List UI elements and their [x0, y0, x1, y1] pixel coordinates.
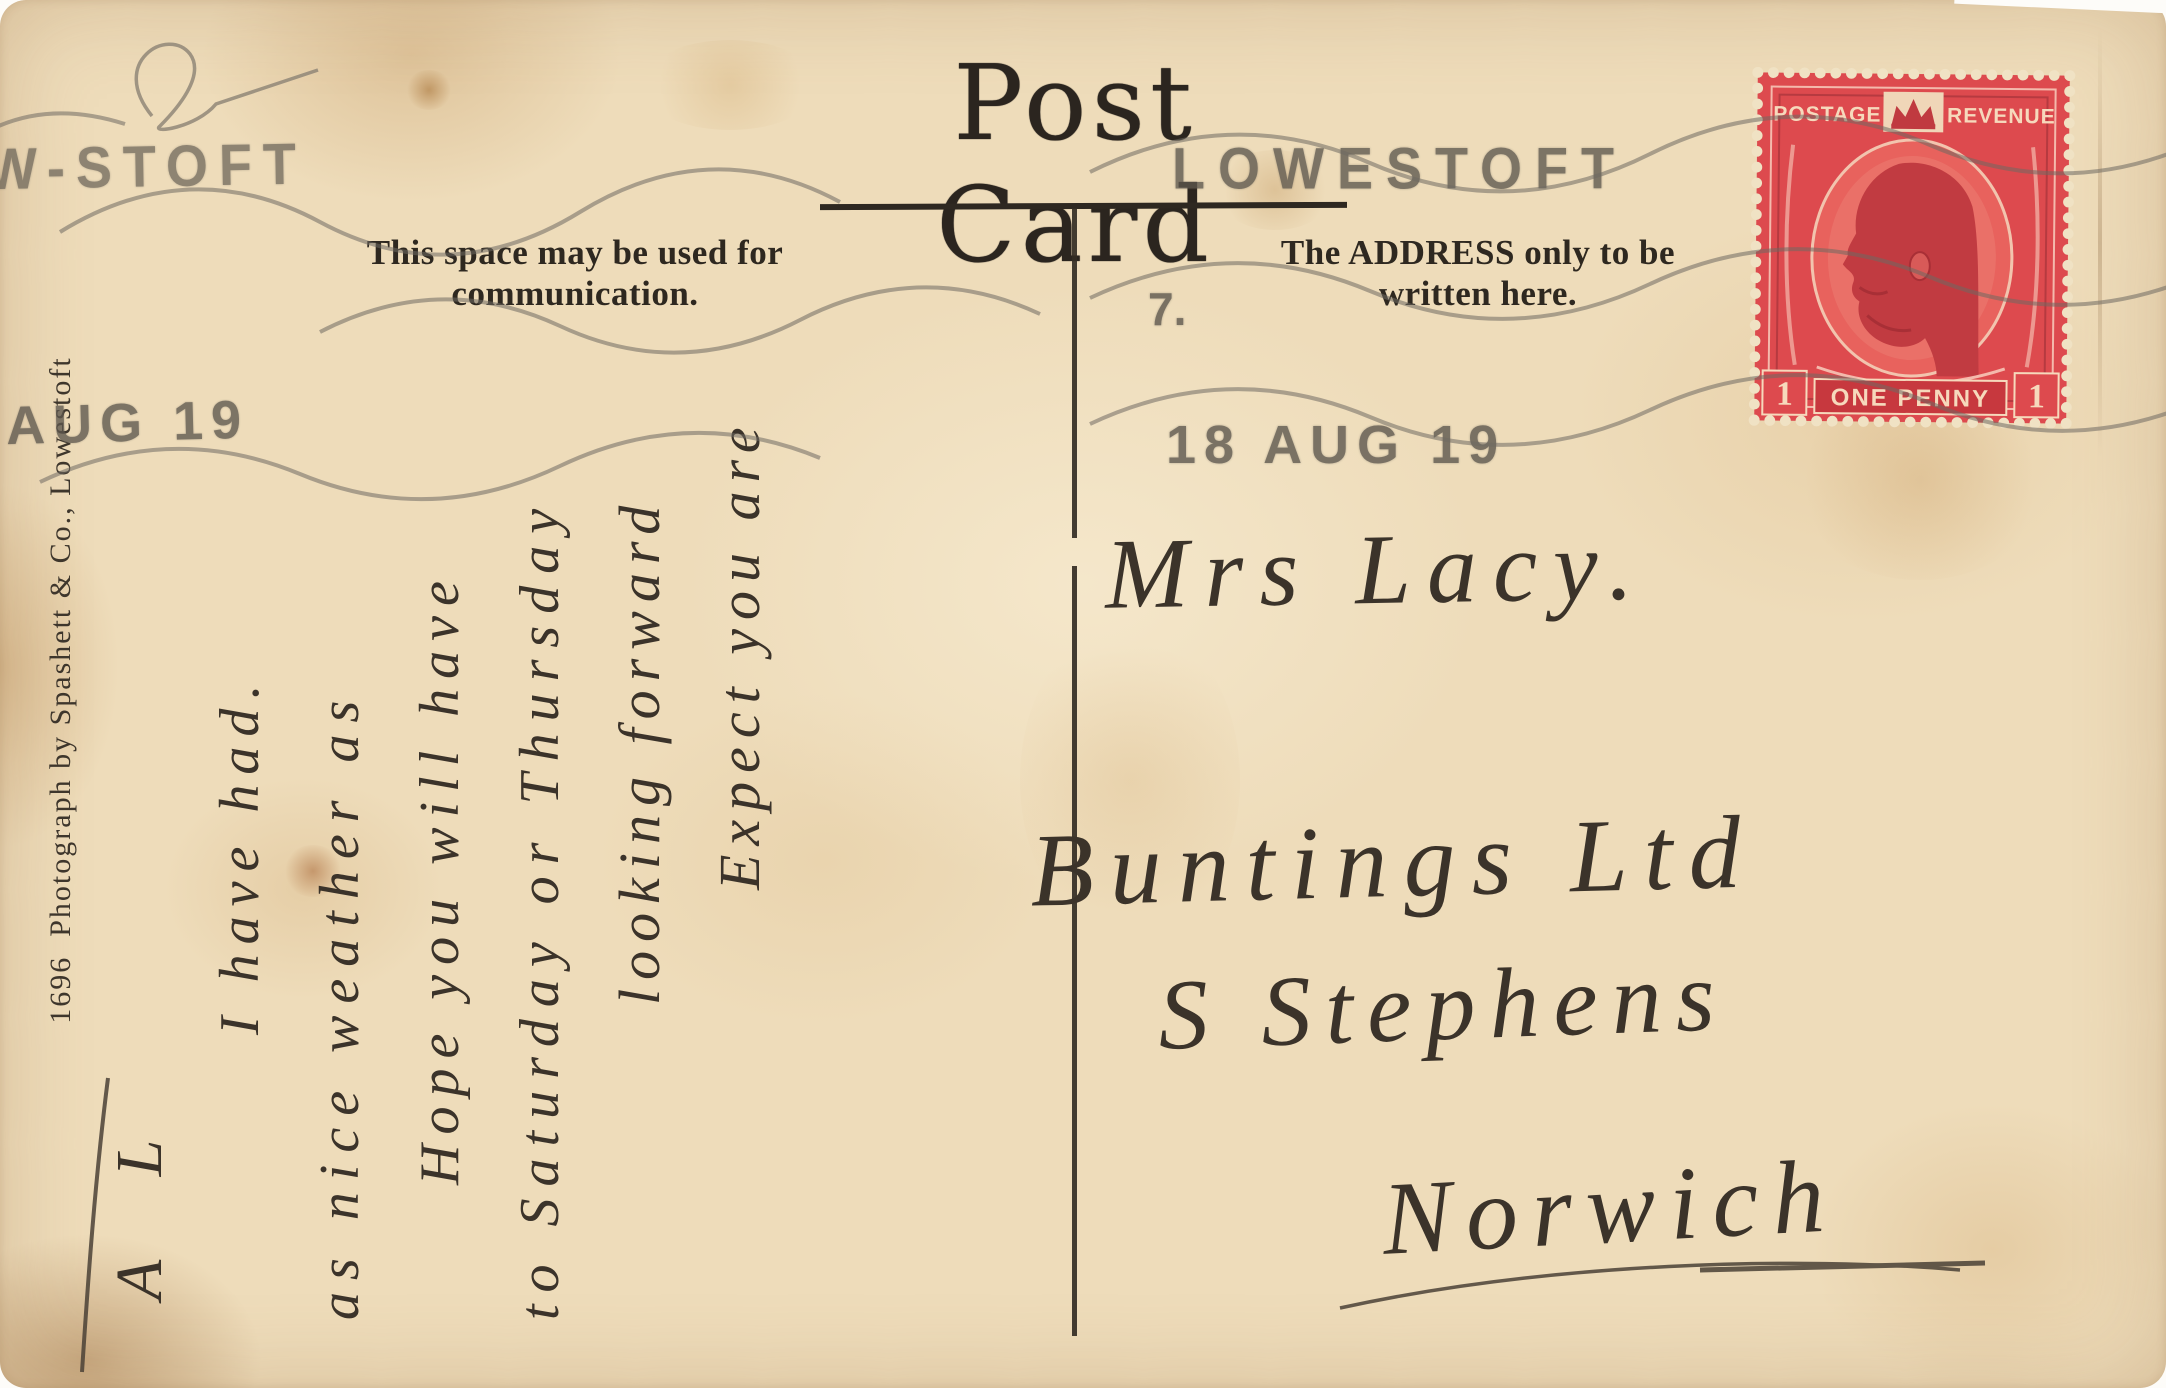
- postmark-time-mark: 7.: [1148, 282, 1186, 336]
- norwich-underline-flourish-2: [1700, 1263, 1985, 1270]
- address-line-name: Mrs Lacy.: [1104, 507, 1650, 631]
- pencil-note-squiggle: [136, 44, 318, 129]
- address-header-line2: written here.: [1178, 273, 1778, 314]
- handwritten-message: Expect you are looking forward to Saturd…: [90, 240, 790, 1360]
- stamp-revenue-label: REVENUE: [1947, 104, 2056, 128]
- publisher-imprint: 1696 Photograph by Spashett & Co., Lowes…: [44, 255, 80, 1125]
- stamp-numeral-right: 1: [2028, 378, 2045, 415]
- message-line: looking forward: [590, 240, 690, 1360]
- address-line-company: Buntings Ltd: [1029, 793, 1758, 931]
- message-line: I have had.: [190, 240, 290, 1360]
- postmark-town-cancel: LOWESTOFT: [1172, 136, 1627, 203]
- stamp-numeral-left: 1: [1776, 376, 1793, 413]
- address-line-street: S Stephens: [1156, 938, 1730, 1073]
- address-header: The ADDRESS only to be written here.: [1178, 232, 1778, 314]
- postcard-scan: Post Card This space may be used for com…: [0, 0, 2166, 1388]
- message-line: Hope you will have: [390, 240, 490, 1360]
- center-divider-upper: [1072, 208, 1077, 538]
- stain-spot: [405, 70, 453, 110]
- crown-base: [1891, 124, 1935, 129]
- king-ear: [1910, 252, 1930, 280]
- postmark-partial-town-cancel: W-STOFT: [0, 131, 307, 204]
- message-line: as nice weather as: [290, 240, 390, 1360]
- stamp-graphic: POSTAGE REVENUE ONE PENNY 1 1: [1746, 64, 2078, 431]
- address-header-line1: The ADDRESS only to be: [1178, 232, 1778, 273]
- message-line: to Saturday or Thursday: [490, 240, 590, 1360]
- stamp-one-penny-label: ONE PENNY: [1831, 384, 1991, 413]
- message-line: Expect you are: [690, 240, 790, 1360]
- cancel-wave: [0, 113, 125, 130]
- postage-stamp: POSTAGE REVENUE ONE PENNY 1 1: [1746, 64, 2078, 431]
- center-divider-lower: [1072, 566, 1077, 1336]
- paper-crease: [2098, 28, 2102, 458]
- message-signature: A L: [90, 240, 190, 1360]
- postmark-date-right: 18 AUG 19: [1166, 414, 1506, 476]
- address-line-city: Norwich: [1379, 1136, 1841, 1279]
- postcard-paper: Post Card This space may be used for com…: [0, 0, 2166, 1388]
- stamp-postage-label: POSTAGE: [1773, 103, 1881, 127]
